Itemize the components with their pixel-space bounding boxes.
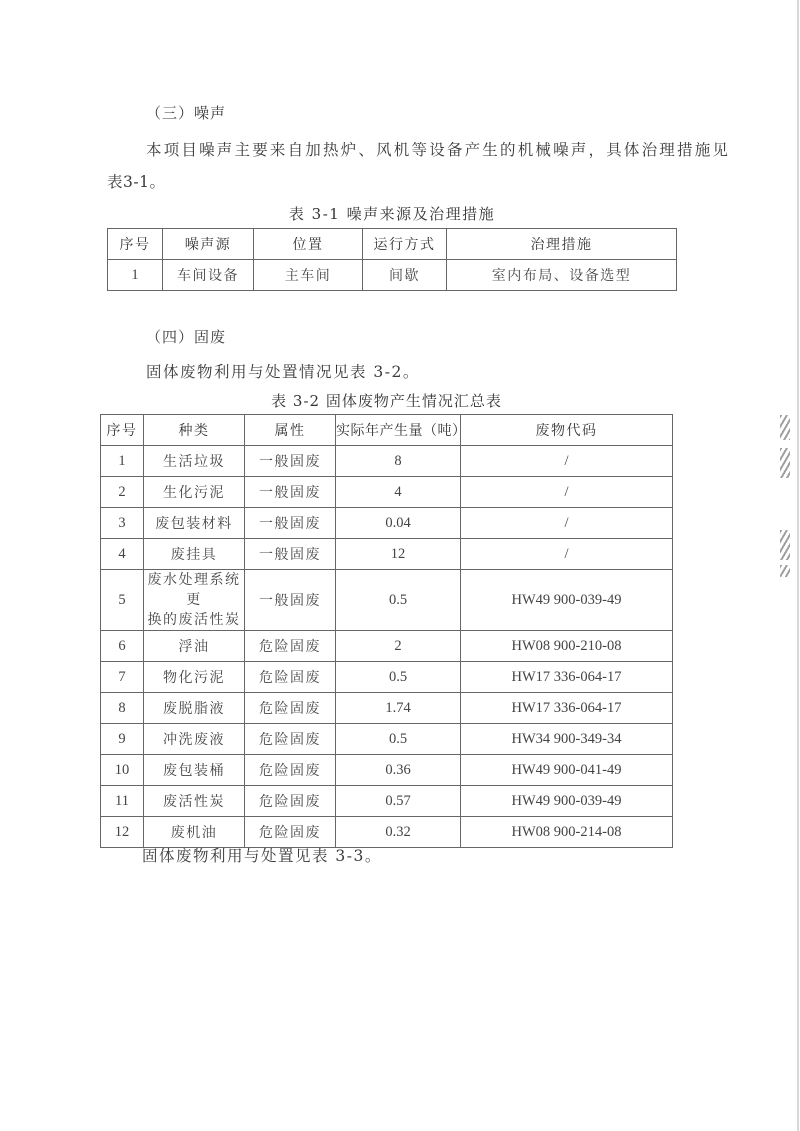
col-header-index: 序号: [108, 229, 163, 260]
cell-index: 9: [101, 724, 144, 755]
cell-attribute: 一般固废: [245, 477, 336, 508]
cell-annual-output: 0.5: [336, 724, 461, 755]
cell-annual-output: 4: [336, 477, 461, 508]
table-row: 5 废水处理系统更 换的废活性炭 一般固废 0.5 HW49 900-039-4…: [101, 570, 673, 631]
section-heading-solid-waste: （四）固废: [146, 326, 226, 347]
table-row: 6 浮油 危险固废 2 HW08 900-210-08: [101, 631, 673, 662]
col-header-location: 位置: [254, 229, 363, 260]
cell-waste-code: HW08 900-214-08: [461, 817, 673, 848]
col-header-type: 种类: [144, 415, 245, 446]
cell-type: 废水处理系统更 换的废活性炭: [144, 570, 245, 631]
noise-paragraph-line2: 表3-1。: [107, 166, 165, 198]
solid-waste-paragraph: 固体废物利用与处置情况见表 3-2。: [146, 356, 420, 388]
cell-type: 物化污泥: [144, 662, 245, 693]
cell-location: 主车间: [254, 260, 363, 291]
table-row: 2 生化污泥 一般固废 4 /: [101, 477, 673, 508]
cell-type: 废包装材料: [144, 508, 245, 539]
table-row: 3 废包装材料 一般固废 0.04 /: [101, 508, 673, 539]
page-edge-shadow: [797, 0, 799, 1131]
col-header-annual-output: 实际年产生量（吨）: [336, 415, 461, 446]
cell-annual-output: 0.5: [336, 570, 461, 631]
cell-attribute: 危险固废: [245, 724, 336, 755]
cell-annual-output: 8: [336, 446, 461, 477]
cell-type: 废活性炭: [144, 786, 245, 817]
cell-waste-code: HW49 900-039-49: [461, 570, 673, 631]
cell-index: 1: [101, 446, 144, 477]
col-header-waste-code: 废物代码: [461, 415, 673, 446]
table-row: 1 车间设备 主车间 间歇 室内布局、设备选型: [108, 260, 677, 291]
col-header-index: 序号: [101, 415, 144, 446]
table-row: 9 冲洗废液 危险固废 0.5 HW34 900-349-34: [101, 724, 673, 755]
cell-index: 8: [101, 693, 144, 724]
col-header-operation: 运行方式: [363, 229, 447, 260]
solid-waste-table: 序号 种类 属性 实际年产生量（吨） 废物代码 1 生活垃圾 一般固废 8 / …: [100, 414, 673, 848]
cell-type: 生活垃圾: [144, 446, 245, 477]
cell-index: 1: [108, 260, 163, 291]
seal-fragment-mark: [780, 448, 790, 478]
noise-paragraph-line1: 本项目噪声主要来自加热炉、风机等设备产生的机械噪声，具体治理措施见: [146, 134, 730, 166]
table-3-2-caption: 表 3-2 固体废物产生情况汇总表: [100, 390, 673, 411]
table-row: 11 废活性炭 危险固废 0.57 HW49 900-039-49: [101, 786, 673, 817]
cell-index: 2: [101, 477, 144, 508]
cell-type: 生化污泥: [144, 477, 245, 508]
cell-waste-code: HW08 900-210-08: [461, 631, 673, 662]
table-3-1-caption: 表 3-1 噪声来源及治理措施: [107, 203, 677, 224]
cell-annual-output: 0.5: [336, 662, 461, 693]
cell-waste-code: HW49 900-041-49: [461, 755, 673, 786]
cell-type-line2: 换的废活性炭: [144, 610, 244, 630]
cell-operation: 间歇: [363, 260, 447, 291]
cell-index: 5: [101, 570, 144, 631]
cell-waste-code: /: [461, 477, 673, 508]
footer-paragraph: 固体废物利用与处置见表 3-3。: [142, 840, 382, 872]
cell-annual-output: 1.74: [336, 693, 461, 724]
cell-attribute: 危险固废: [245, 631, 336, 662]
cell-attribute: 危险固废: [245, 662, 336, 693]
table-header-row: 序号 种类 属性 实际年产生量（吨） 废物代码: [101, 415, 673, 446]
cell-type: 冲洗废液: [144, 724, 245, 755]
cell-attribute: 一般固废: [245, 446, 336, 477]
cell-annual-output: 0.36: [336, 755, 461, 786]
seal-fragment-mark: [780, 565, 790, 577]
cell-source: 车间设备: [163, 260, 254, 291]
cell-attribute: 一般固废: [245, 570, 336, 631]
cell-type: 废脱脂液: [144, 693, 245, 724]
table-row: 8 废脱脂液 危险固废 1.74 HW17 336-064-17: [101, 693, 673, 724]
cell-attribute: 危险固废: [245, 786, 336, 817]
seal-fragment-mark: [780, 530, 790, 560]
table-header-row: 序号 噪声源 位置 运行方式 治理措施: [108, 229, 677, 260]
cell-attribute: 危险固废: [245, 755, 336, 786]
cell-attribute: 一般固废: [245, 508, 336, 539]
cell-waste-code: HW49 900-039-49: [461, 786, 673, 817]
cell-index: 7: [101, 662, 144, 693]
cell-type: 废包装桶: [144, 755, 245, 786]
cell-index: 10: [101, 755, 144, 786]
col-header-attribute: 属性: [245, 415, 336, 446]
cell-annual-output: 2: [336, 631, 461, 662]
cell-index: 11: [101, 786, 144, 817]
table-row: 4 废挂具 一般固废 12 /: [101, 539, 673, 570]
cell-index: 3: [101, 508, 144, 539]
cell-waste-code: /: [461, 508, 673, 539]
cell-attribute: 危险固废: [245, 693, 336, 724]
seal-fragment-mark: [780, 415, 790, 440]
cell-annual-output: 0.57: [336, 786, 461, 817]
table-row: 10 废包装桶 危险固废 0.36 HW49 900-041-49: [101, 755, 673, 786]
cell-annual-output: 0.04: [336, 508, 461, 539]
cell-index: 12: [101, 817, 144, 848]
table-row: 7 物化污泥 危险固废 0.5 HW17 336-064-17: [101, 662, 673, 693]
cell-type: 废挂具: [144, 539, 245, 570]
cell-waste-code: /: [461, 446, 673, 477]
cell-index: 4: [101, 539, 144, 570]
col-header-source: 噪声源: [163, 229, 254, 260]
cell-measures: 室内布局、设备选型: [447, 260, 677, 291]
section-heading-noise: （三）噪声: [146, 102, 226, 123]
cell-waste-code: HW17 336-064-17: [461, 662, 673, 693]
cell-annual-output: 12: [336, 539, 461, 570]
cell-type-line1: 废水处理系统更: [144, 570, 244, 610]
cell-waste-code: HW17 336-064-17: [461, 693, 673, 724]
cell-index: 6: [101, 631, 144, 662]
noise-table: 序号 噪声源 位置 运行方式 治理措施 1 车间设备 主车间 间歇 室内布局、设…: [107, 228, 677, 291]
col-header-measures: 治理措施: [447, 229, 677, 260]
cell-type: 浮油: [144, 631, 245, 662]
cell-attribute: 一般固废: [245, 539, 336, 570]
cell-waste-code: HW34 900-349-34: [461, 724, 673, 755]
table-row: 1 生活垃圾 一般固废 8 /: [101, 446, 673, 477]
cell-waste-code: /: [461, 539, 673, 570]
